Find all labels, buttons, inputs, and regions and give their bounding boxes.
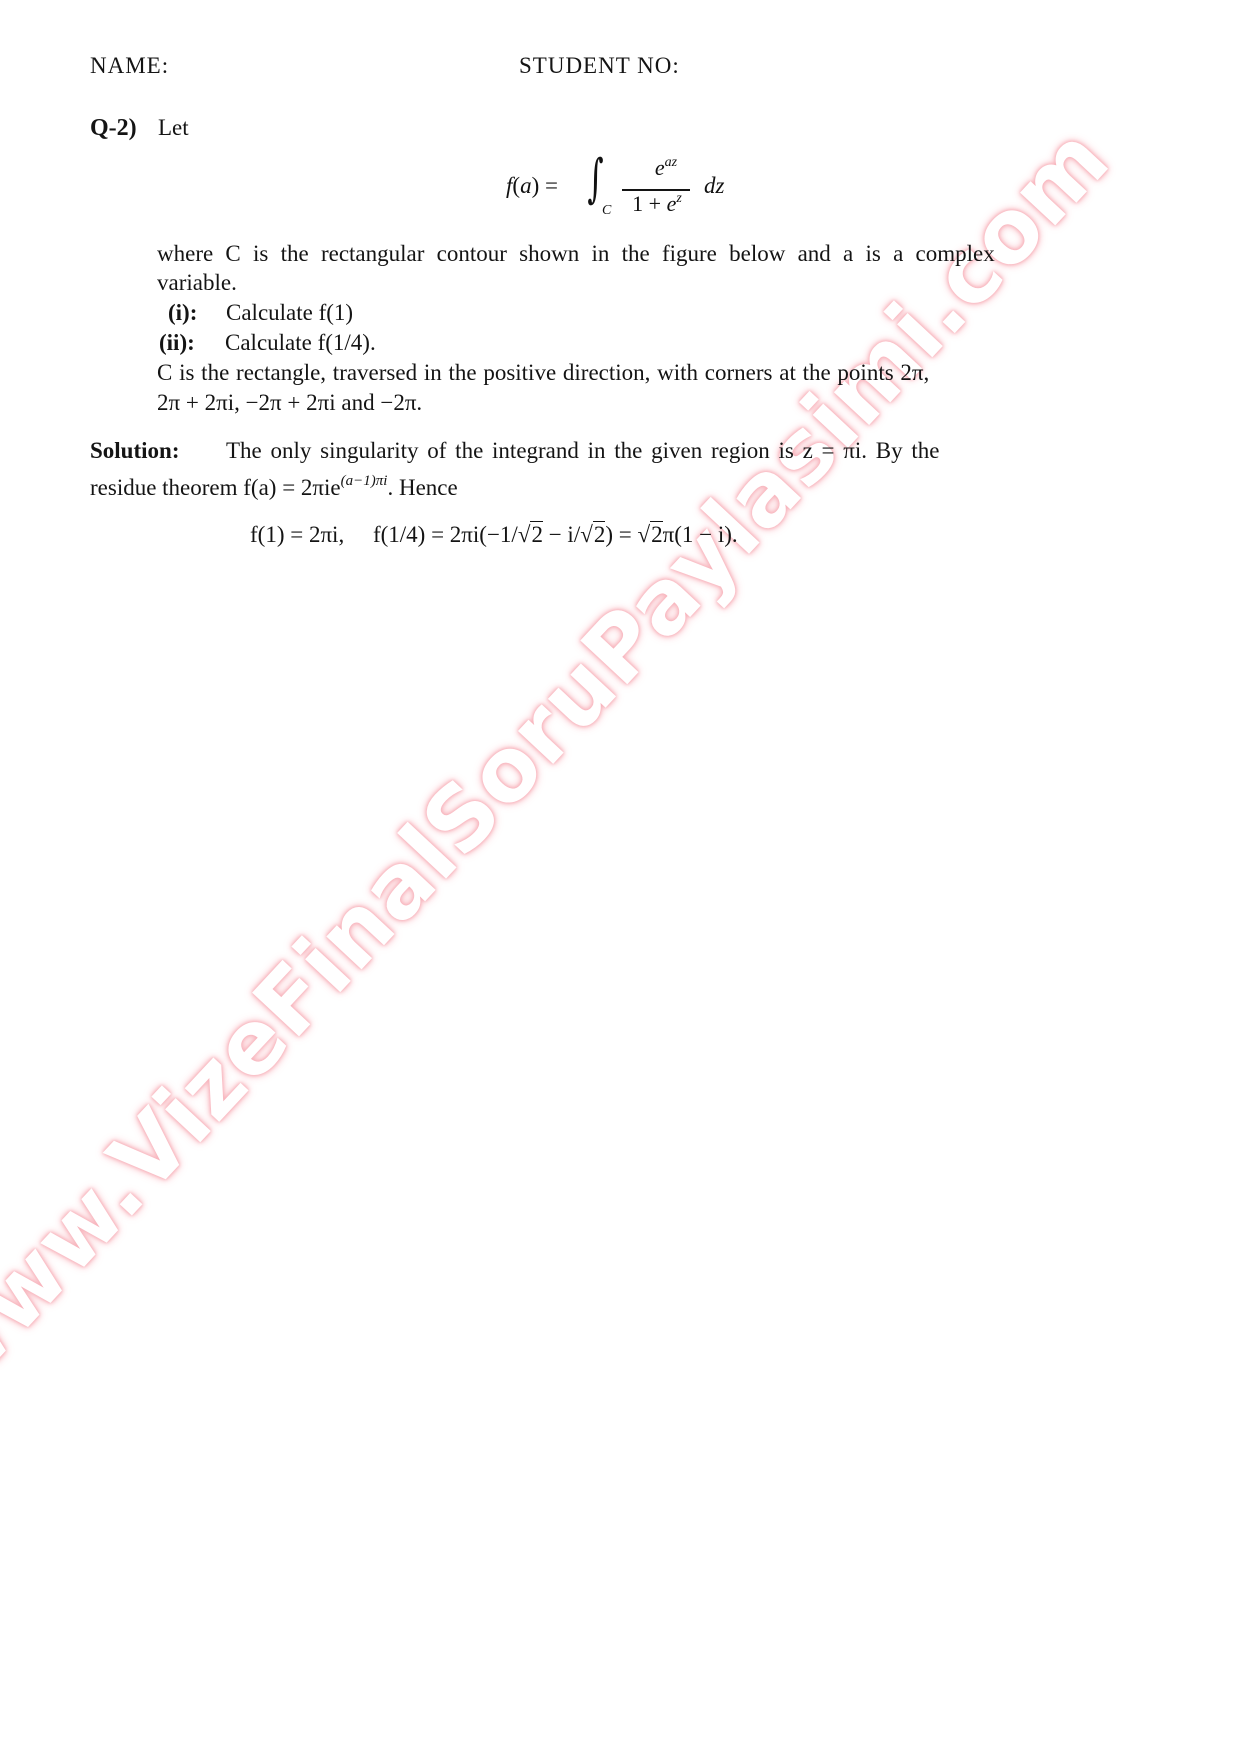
result-equals: ) = — [605, 522, 637, 547]
formula-denominator: 1 + ez — [622, 191, 692, 217]
solution-text-line1: The only singularity of the integrand in… — [226, 436, 939, 466]
name-label: NAME: — [90, 51, 169, 81]
sqrt-symbol: √2 — [637, 520, 662, 550]
question-intro: Let — [158, 113, 189, 143]
formula-lhs: f(a) = — [506, 173, 558, 199]
differential: dz — [704, 173, 724, 199]
hence-text: . Hence — [387, 475, 457, 500]
result-f14-mid: − i/ — [543, 522, 580, 547]
contour-description-line2: 2π + 2πi, −2π + 2πi and −2π. — [157, 388, 422, 418]
result-equation: f(1) = 2πi, f(1/4) = 2πi(−1/√2 − i/√2) =… — [250, 520, 738, 550]
sqrt-arg: 2 — [530, 521, 543, 547]
result-f14-suffix: π(1 − i). — [663, 522, 738, 547]
sqrt-arg: 2 — [650, 521, 663, 547]
formula-numerator: eaz — [636, 155, 696, 181]
part-i-label: (i): — [168, 298, 197, 328]
residue-formula: residue theorem f(a) = 2πie — [90, 475, 341, 500]
numerator-base: e — [655, 155, 665, 180]
student-no-label: STUDENT NO: — [519, 51, 680, 81]
part-i-text: Calculate f(1) — [226, 298, 353, 328]
part-ii-label: (ii): — [159, 328, 195, 358]
sqrt-symbol: √2 — [580, 520, 605, 550]
result-f1: f(1) = 2πi, — [250, 522, 344, 547]
exam-page: www.VizeFinalSoruPaylasimi.com NAME: STU… — [0, 0, 1240, 1754]
where-text-line2: variable. — [157, 268, 237, 298]
question-label: Q-2) — [90, 113, 137, 143]
integral-sign: ∫ — [587, 149, 603, 209]
integral-formula: f(a) = ∫ C eaz 1 + ez dz — [506, 155, 746, 225]
result-f14-prefix: f(1/4) = 2πi(−1/ — [373, 522, 518, 547]
sqrt-symbol: √2 — [518, 520, 543, 550]
solution-text-line2: residue theorem f(a) = 2πie(a−1)πi. Henc… — [90, 466, 458, 503]
integral-subscript: C — [602, 203, 611, 219]
residue-exponent: (a−1)πi — [341, 473, 388, 489]
part-ii-text: Calculate f(1/4). — [225, 328, 376, 358]
sqrt-arg: 2 — [593, 521, 606, 547]
solution-label: Solution: — [90, 436, 179, 466]
contour-description-line1: C is the rectangle, traversed in the pos… — [157, 358, 929, 388]
denominator-exponent: z — [676, 191, 681, 206]
where-text-line1: where C is the rectangular contour shown… — [157, 239, 995, 269]
numerator-exponent: az — [665, 155, 677, 170]
